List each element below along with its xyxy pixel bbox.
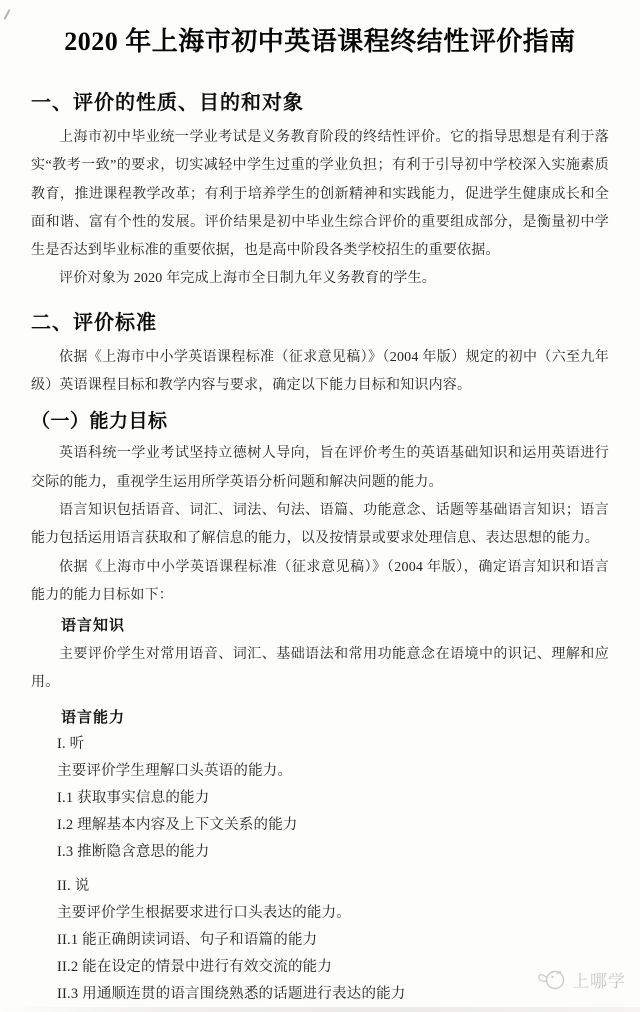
watermark: 上哪学	[536, 966, 626, 992]
section-2-intro-paragraph: 依据《上海市中小学英语课程标准（征求意见稿）》（2004 年版）规定的初中（六至…	[31, 344, 609, 401]
speaking-label: II. 说	[31, 873, 609, 900]
listening-item-1: I.1 获取事实信息的能力	[31, 785, 609, 812]
ability-goals-heading: （一）能力目标	[31, 408, 609, 436]
section-1-paragraph-1: 上海市初中毕业统一学业考试是义务教育阶段的终结性评价。它的指导思想是有利于落实“…	[31, 124, 609, 265]
speaking-item-2: II.2 能在设定的情景中进行有效交流的能力	[31, 954, 609, 981]
language-knowledge-paragraph: 主要评价学生对常用语音、词汇、基础语法和常用功能意念在语境中的识记、理解和应用。	[31, 641, 609, 698]
listening-item-2: I.2 理解基本内容及上下文关系的能力	[31, 812, 609, 839]
listening-label: I. 听	[31, 731, 609, 758]
listening-description: 主要评价学生理解口头英语的能力。	[31, 758, 609, 785]
document-page: 2020 年上海市初中英语课程终结性评价指南 一、评价的性质、目的和对象 上海市…	[0, 0, 640, 1008]
speaking-item-1: II.1 能正确朗读词语、句子和语篇的能力	[31, 927, 609, 954]
language-ability-heading: 语言能力	[31, 704, 609, 731]
speaking-item-3: II.3 用通顺连贯的语言围绕熟悉的话题进行表达的能力	[31, 981, 609, 1008]
section-2-heading: 二、评价标准	[31, 308, 609, 338]
watermark-text: 上哪学	[572, 967, 626, 992]
listening-item-3: I.3 推断隐含意思的能力	[31, 839, 609, 866]
section-1-heading: 一、评价的性质、目的和对象	[31, 88, 609, 118]
ability-goals-paragraph-2: 语言知识包括语音、词汇、词法、句法、语篇、功能意念、话题等基础语言知识；语言能力…	[31, 497, 609, 554]
language-ability-list: I. 听 主要评价学生理解口头英语的能力。 I.1 获取事实信息的能力 I.2 …	[31, 731, 609, 1008]
document-title: 2020 年上海市初中英语课程终结性评价指南	[31, 24, 609, 60]
shangnaxue-logo-icon	[536, 966, 568, 992]
speaking-description: 主要评价学生根据要求进行口头表达的能力。	[31, 900, 609, 927]
section-1-paragraph-2: 评价对象为 2020 年完成上海市全日制九年义务教育的学生。	[31, 265, 609, 293]
page-bottom-edge-shadow	[0, 1007, 640, 1012]
ability-goals-paragraph-3: 依据《上海市中小学英语课程标准（征求意见稿）》（2004 年版），确定语言知识和…	[31, 554, 609, 611]
ability-goals-paragraph-1: 英语科统一学业考试坚持立德树人导向，旨在评价考生的英语基础知识和运用英语进行交际…	[31, 440, 609, 497]
language-knowledge-heading: 语言知识	[31, 612, 609, 639]
